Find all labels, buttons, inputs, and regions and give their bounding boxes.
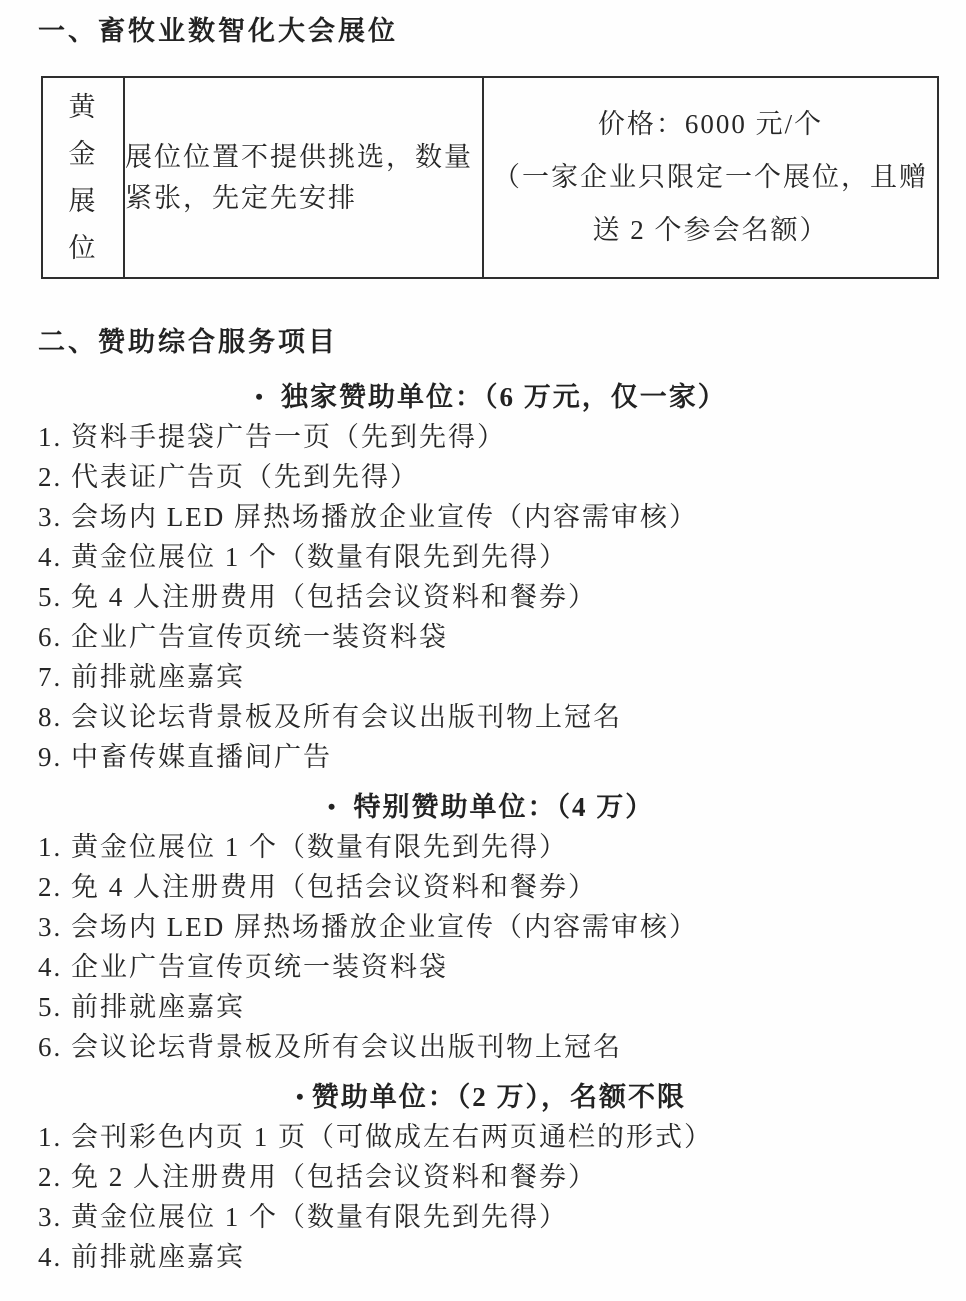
list-item: 5. 免 4 人注册费用（包括会议资料和餐券） [38,577,944,617]
booth-price-cell: 价格：6000 元/个 （一家企业只限定一个展位，且赠 送 2 个参会名额） [483,77,938,278]
list-item: 4. 黄金位展位 1 个（数量有限先到先得） [38,537,944,577]
list-item: 6. 企业广告宣传页统一装资料袋 [38,617,944,657]
list-item: 3. 黄金位展位 1 个（数量有限先到先得） [38,1197,944,1237]
price-note-line: 送 2 个参会名额） [484,204,937,257]
tier-title: •独家赞助单位：（6 万元，仅一家） [38,377,944,417]
list-item: 2. 免 2 人注册费用（包括会议资料和餐券） [38,1157,944,1197]
tier-title-text: 独家赞助单位：（6 万元，仅一家） [281,382,727,412]
section2-heading: 二、赞助综合服务项目 [38,325,944,359]
document-page: 一、畜牧业数智化大会展位 黄 金 展 位 展位位置不提供挑选，数量 紧张，先定先… [0,0,966,1301]
booth-type-char: 黄 [43,84,123,131]
list-item: 1. 资料手提袋广告一页（先到先得） [38,417,944,457]
booth-description-line: 展位位置不提供挑选，数量 [125,137,482,178]
list-item: 6. 会议论坛背景板及所有会议出版刊物上冠名 [38,1027,944,1067]
tier-item-list: 1. 会刊彩色内页 1 页（可做成左右两页通栏的形式） 2. 免 2 人注册费用… [38,1117,944,1277]
tier-title-text: 特别赞助单位：（4 万） [353,792,654,822]
tier-title-text: 赞助单位：（2 万），名额不限 [312,1082,686,1112]
list-item: 2. 代表证广告页（先到先得） [38,457,944,497]
list-item: 2. 免 4 人注册费用（包括会议资料和餐券） [38,867,944,907]
list-item: 9. 中畜传媒直播间广告 [38,737,944,777]
booth-type-char: 位 [43,225,123,272]
booth-description-line: 紧张，先定先安排 [125,178,482,219]
bullet-icon: • [328,787,338,827]
list-item: 3. 会场内 LED 屏热场播放企业宣传（内容需审核） [38,907,944,947]
price-note-line: （一家企业只限定一个展位，且赠 [484,151,937,204]
booth-type-char: 展 [43,178,123,225]
booth-type-cell: 黄 金 展 位 [42,77,124,278]
list-item: 4. 企业广告宣传页统一装资料袋 [38,947,944,987]
table-row: 黄 金 展 位 展位位置不提供挑选，数量 紧张，先定先安排 价格：6000 元/… [42,77,938,278]
tier-special-sponsor: •特别赞助单位：（4 万） 1. 黄金位展位 1 个（数量有限先到先得） 2. … [38,787,944,1067]
booth-table: 黄 金 展 位 展位位置不提供挑选，数量 紧张，先定先安排 价格：6000 元/… [41,76,939,279]
tier-item-list: 1. 资料手提袋广告一页（先到先得） 2. 代表证广告页（先到先得） 3. 会场… [38,417,944,777]
price-line: 价格：6000 元/个 [484,98,937,151]
bullet-icon: • [296,1077,306,1117]
list-item: 8. 会议论坛背景板及所有会议出版刊物上冠名 [38,697,944,737]
tier-title: •特别赞助单位：（4 万） [38,787,944,827]
tier-exclusive-sponsor: •独家赞助单位：（6 万元，仅一家） 1. 资料手提袋广告一页（先到先得） 2.… [38,377,944,777]
tier-item-list: 1. 黄金位展位 1 个（数量有限先到先得） 2. 免 4 人注册费用（包括会议… [38,827,944,1067]
section1-heading: 一、畜牧业数智化大会展位 [38,14,944,48]
list-item: 4. 前排就座嘉宾 [38,1237,944,1277]
bullet-icon: • [255,377,265,417]
tier-regular-sponsor: •赞助单位：（2 万），名额不限 1. 会刊彩色内页 1 页（可做成左右两页通栏… [38,1077,944,1277]
tier-title: •赞助单位：（2 万），名额不限 [38,1077,944,1117]
list-item: 7. 前排就座嘉宾 [38,657,944,697]
list-item: 1. 黄金位展位 1 个（数量有限先到先得） [38,827,944,867]
booth-description-cell: 展位位置不提供挑选，数量 紧张，先定先安排 [124,77,483,278]
booth-type-char: 金 [43,131,123,178]
list-item: 1. 会刊彩色内页 1 页（可做成左右两页通栏的形式） [38,1117,944,1157]
list-item: 5. 前排就座嘉宾 [38,987,944,1027]
list-item: 3. 会场内 LED 屏热场播放企业宣传（内容需审核） [38,497,944,537]
